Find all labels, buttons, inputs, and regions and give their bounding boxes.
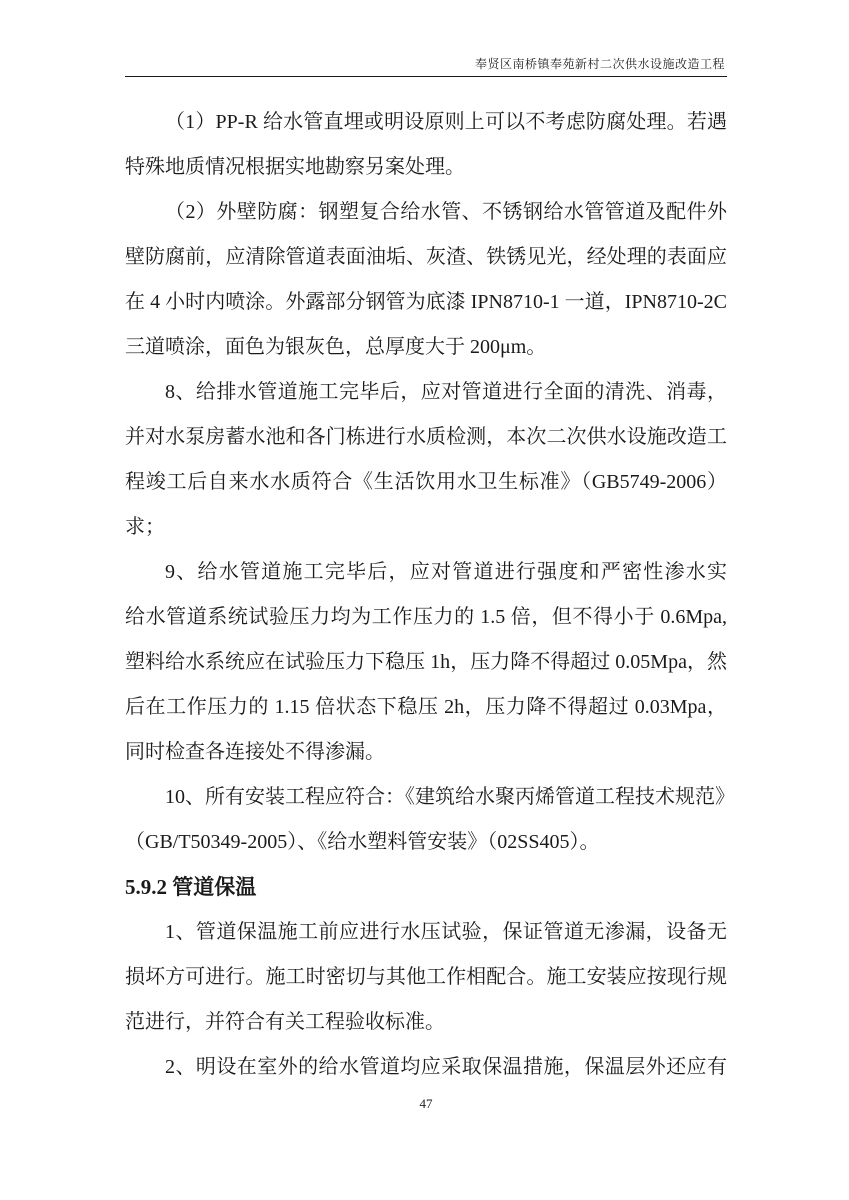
paragraph: 9、给水管道施工完毕后，应对管道进行强度和严密性渗水实验，给水管道系统试验压力均… — [125, 550, 727, 775]
text-line: 损坏方可进行。施工时密切与其他工作相配合。施工安装应按现行规 — [125, 955, 727, 1000]
text-line: 求； — [125, 505, 727, 550]
text-line: 并对水泵房蓄水池和各门栋进行水质检测，本次二次供水设施改造工 — [125, 415, 727, 460]
text-line: 特殊地质情况根据实地勘察另案处理。 — [125, 145, 727, 190]
paragraph: 10、所有安装工程应符合：《建筑给水聚丙烯管道工程技术规范》（GB/T50349… — [125, 775, 727, 865]
text-line: 三道喷涂，面色为银灰色，总厚度大于 200μm。 — [125, 325, 727, 370]
page-header: 奉贤区南桥镇奉苑新村二次供水设施改造工程 — [125, 0, 727, 77]
text-line: 在 4 小时内喷涂。外露部分钢管为底漆 IPN8710-1 一道，IPN8710… — [125, 280, 727, 325]
text-line: 2、明设在室外的给水管道均应采取保温措施，保温层外还应有 — [125, 1045, 727, 1090]
text-line: 程竣工后自来水水质符合《生活饮用水卫生标准》（GB5749-2006）要 — [125, 460, 727, 505]
text-line: 同时检查各连接处不得渗漏。 — [125, 730, 727, 775]
text-line: 后在工作压力的 1.15 倍状态下稳压 2h，压力降不得超过 0.03Mpa， — [125, 685, 727, 730]
paragraph: 8、给排水管道施工完毕后，应对管道进行全面的清洗、消毒，并对水泵房蓄水池和各门栋… — [125, 370, 727, 550]
text-line: 范进行，并符合有关工程验收标准。 — [125, 1000, 727, 1045]
text-line: （2）外壁防腐：钢塑复合给水管、不锈钢给水管管道及配件外 — [125, 190, 727, 235]
paragraph: （2）外壁防腐：钢塑复合给水管、不锈钢给水管管道及配件外壁防腐前，应清除管道表面… — [125, 190, 727, 370]
text-line: 壁防腐前，应清除管道表面油垢、灰渣、铁锈见光，经处理的表面应 — [125, 235, 727, 280]
paragraph: 2、明设在室外的给水管道均应采取保温措施，保温层外还应有 — [125, 1045, 727, 1090]
text-line: 给水管道系统试验压力均为工作压力的 1.5 倍，但不得小于 0.6Mpa, — [125, 595, 727, 640]
page-footer: 47 — [125, 1094, 727, 1114]
text-line: 10、所有安装工程应符合：《建筑给水聚丙烯管道工程技术规范》 — [125, 775, 727, 820]
document-page: 奉贤区南桥镇奉苑新村二次供水设施改造工程 （1）PP-R 给水管直埋或明设原则上… — [0, 0, 849, 1200]
header-title: 奉贤区南桥镇奉苑新村二次供水设施改造工程 — [475, 55, 725, 72]
text-line: 塑料给水系统应在试验压力下稳压 1h，压力降不得超过 0.05Mpa，然 — [125, 640, 727, 685]
heading-text: 5.9.2 管道保温 — [125, 865, 727, 910]
text-line: （GB/T50349-2005）、《给水塑料管安装》（02SS405）。 — [125, 820, 727, 865]
text-line: 8、给排水管道施工完毕后，应对管道进行全面的清洗、消毒， — [125, 370, 727, 415]
section-heading: 5.9.2 管道保温 — [125, 865, 727, 910]
paragraph: （1）PP-R 给水管直埋或明设原则上可以不考虑防腐处理。若遇特殊地质情况根据实… — [125, 100, 727, 190]
paragraph: 1、管道保温施工前应进行水压试验，保证管道无渗漏，设备无损坏方可进行。施工时密切… — [125, 910, 727, 1045]
header-divider-line — [125, 76, 727, 77]
text-line: （1）PP-R 给水管直埋或明设原则上可以不考虑防腐处理。若遇 — [125, 100, 727, 145]
text-line: 1、管道保温施工前应进行水压试验，保证管道无渗漏，设备无 — [125, 910, 727, 955]
document-body: （1）PP-R 给水管直埋或明设原则上可以不考虑防腐处理。若遇特殊地质情况根据实… — [125, 100, 727, 1090]
text-line: 9、给水管道施工完毕后，应对管道进行强度和严密性渗水实验， — [125, 550, 727, 595]
page-number: 47 — [420, 1096, 433, 1111]
